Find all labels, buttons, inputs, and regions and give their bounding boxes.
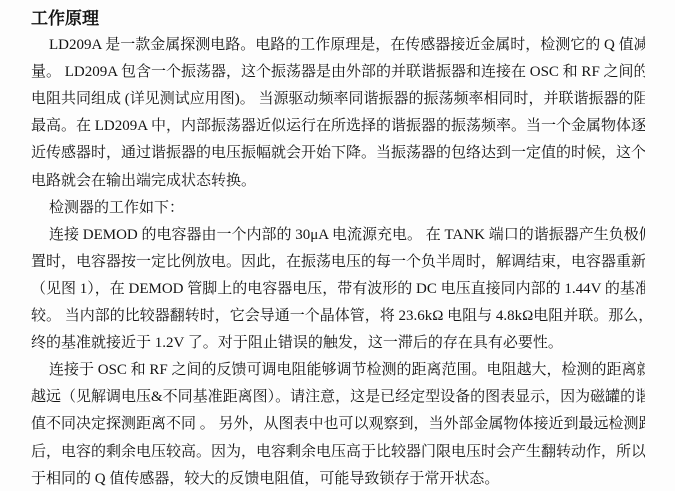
text-line: 值不同决定探测距离不同 。 另外，从图表中也可以观察到，当外部金属物体接近到最远… [31, 411, 645, 438]
text-line: 越远（见解调电压&不同基准距离图）。请注意，这是已经定型设备的图表显示，因为磁罐… [31, 384, 645, 411]
text-line: LD209A 是一款金属探测电路。电路的工作原理是，在传感器接近金属时，检测它的… [31, 32, 645, 59]
text-line: 近传感器时，通过谐振器的电压振幅就会开始下降。当振荡器的包络达到一定值的时候，这… [31, 140, 645, 167]
text-line: 较。 当内部的比较器翻转时，它会导通一个晶体管，将 23.6kΩ 电阻与 4.8… [31, 303, 645, 330]
text-line: 置时，电容器按一定比例放电。因此，在振荡电压的每一个负半周时，解调结束，电容器重… [31, 249, 645, 276]
text-line: （见图 1），在 DEMOD 管脚上的电容器电压，带有波形的 DC 电压直接同内… [31, 276, 645, 303]
text-line: 最高。在 LD209A 中，内部振荡器近似运行在所选择的谐振器的振荡频率。当一个… [31, 113, 645, 140]
text-line: 连接 DEMOD 的电容器由一个内部的 30μA 电流源充电。 在 TANK 端… [31, 222, 645, 249]
text-line: 电路就会在输出端完成状态转换。 [31, 168, 645, 195]
text-line: 电阻共同组成 (详见测试应用图)。 当源驱动频率同谐振器的振荡频率相同时，并联谐… [31, 86, 645, 113]
text-line: 于相同的 Q 值传感器，较大的反馈电阻值，可能导致锁存于常开状态。 [31, 466, 645, 491]
text-line: 终的基准就接近于 1.2V 了。对于阻止错误的触发，这一滞后的存在具有必要性。 [31, 330, 645, 357]
text-line: 检测器的工作如下： [31, 195, 645, 222]
document-page: 工作原理 LD209A 是一款金属探测电路。电路的工作原理是，在传感器接近金属时… [0, 0, 675, 491]
text-line: 连接于 OSC 和 RF 之间的反馈可调电阻能够调节检测的距离范围。电阻越大，检… [31, 357, 645, 384]
section-title: 工作原理 [31, 5, 645, 32]
text-line: 量。 LD209A 包含一个振荡器，这个振荡器是由外部的并联谐振器和连接在 OS… [31, 59, 645, 86]
text-line: 后，电容的剩余电压较高。因为，电容剩余电压高于比较器门限电压时会产生翻转动作，所… [31, 439, 645, 466]
